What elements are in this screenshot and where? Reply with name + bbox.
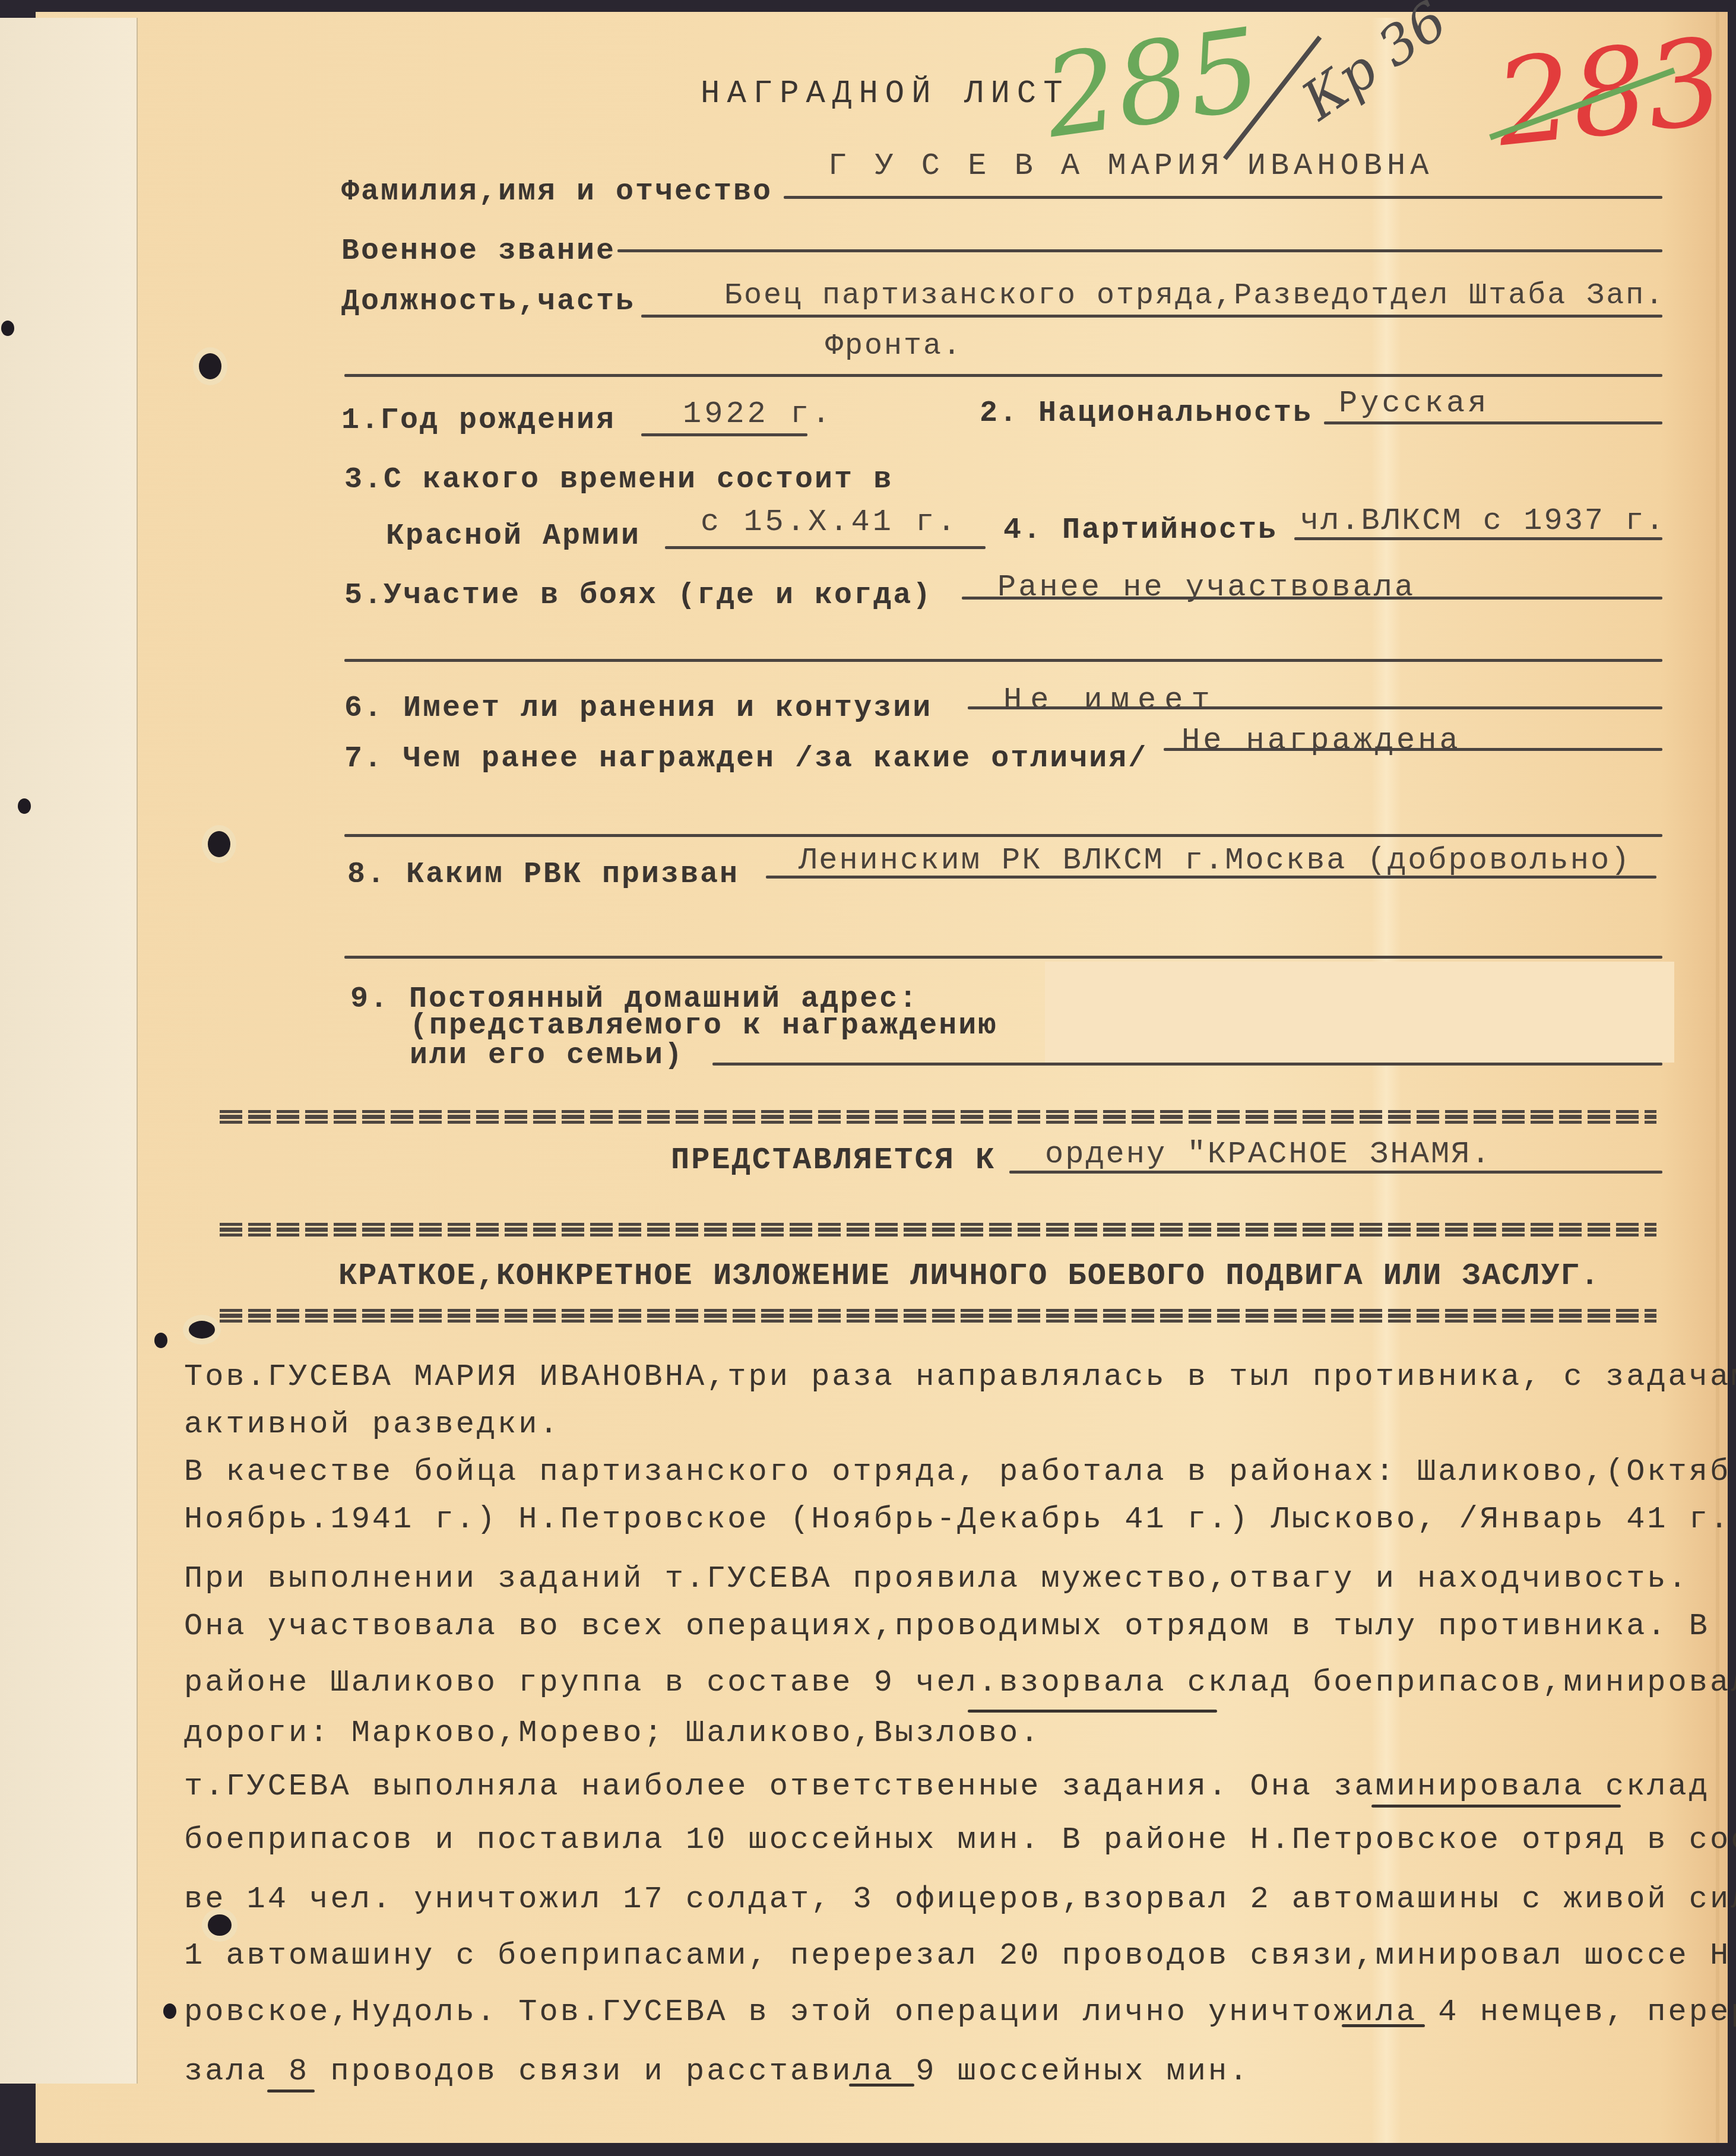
- dashed-separator: [220, 1315, 1656, 1318]
- field-label-army-since-1: 3.С какого времени состоит в: [344, 463, 893, 497]
- field-line: [344, 834, 1662, 837]
- punch-hole: [208, 1914, 232, 1936]
- field-value-awards: Не награждена: [1181, 723, 1461, 758]
- punch-hole: [189, 1321, 215, 1339]
- dashed-separator: [220, 1229, 1656, 1232]
- field-value-position-line1: Боец партизанского отряда,Разведотдел Шт…: [724, 279, 1665, 313]
- field-label-address-2: (представляемого к награждению: [410, 1009, 997, 1043]
- field-value-birth-year: 1922 г.: [683, 397, 833, 432]
- field-line: [1324, 421, 1662, 424]
- body-line: зала 8 проводов связи и расставила 9 шос…: [184, 2057, 1728, 2087]
- field-value-party: чл.ВЛКСМ с 1937 г.: [1300, 503, 1666, 538]
- body-line: При выполнении заданий т.ГУСЕВА проявила…: [184, 1564, 1728, 1594]
- nomination-value: ордену "КРАСНОЕ ЗНАМЯ.: [1045, 1137, 1492, 1172]
- field-label-address-3: или его семьи): [410, 1039, 684, 1073]
- field-label-nationality: 2. Национальность: [980, 397, 1313, 430]
- handwritten-underline: [1371, 1805, 1621, 1808]
- document-title: НАГРАДНОЙ ЛИСТ: [701, 76, 1070, 112]
- field-value-wounds: Не имеет: [1003, 683, 1218, 718]
- punch-hole: [154, 1333, 167, 1348]
- field-label-battles: 5.Участие в боях (где и когда): [344, 579, 932, 613]
- field-line: [784, 196, 1662, 199]
- field-value-battles: Ранее не участвовала: [997, 570, 1415, 605]
- field-label-party: 4. Партийность: [1003, 513, 1278, 547]
- field-value-nationality: Русская: [1339, 386, 1489, 421]
- body-line: боеприпасов и поставила 10 шоссейных мин…: [184, 1825, 1728, 1855]
- field-label-position: Должность,часть: [341, 285, 635, 319]
- punch-hole: [199, 353, 221, 379]
- body-line: ровское,Нудоль. Тов.ГУСЕВА в этой операц…: [184, 1998, 1728, 2027]
- field-label-wounds: 6. Имеет ли ранения и контузии: [344, 692, 932, 725]
- field-value-position-line2: Фронта.: [825, 329, 962, 363]
- body-line: Ноябрь.1941 г.) Н.Петровское (Ноябрь-Дек…: [184, 1505, 1728, 1534]
- field-line: [766, 876, 1656, 879]
- field-line: [641, 433, 807, 436]
- field-line: [344, 374, 1662, 377]
- body-line: Она участвовала во всех операциях,провод…: [184, 1612, 1728, 1641]
- field-label-name: Фамилия,имя и отчество: [341, 175, 772, 209]
- dashed-separator: [220, 1309, 1656, 1312]
- field-label-drafted: 8. Каким РВК призван: [347, 858, 739, 892]
- dashed-separator: [220, 1223, 1656, 1226]
- section-heading: КРАТКОЕ,КОНКРЕТНОЕ ИЗЛОЖЕНИЕ ЛИЧНОГО БОЕ…: [338, 1258, 1600, 1293]
- field-line: [344, 659, 1662, 662]
- field-line: [962, 597, 1662, 600]
- dashed-separator: [220, 1110, 1656, 1113]
- field-value-army-since: с 15.Х.41 г.: [701, 505, 958, 540]
- field-line: [1164, 748, 1662, 751]
- body-line: дороги: Марково,Морево; Шаликово,Вызлово…: [184, 1719, 1728, 1748]
- body-line: т.ГУСЕВА выполняла наиболее ответственны…: [184, 1772, 1728, 1802]
- field-line: [617, 249, 1662, 252]
- field-label-birth-year: 1.Год рождения: [341, 404, 616, 437]
- redacted-area: [1045, 962, 1674, 1063]
- body-line: В качестве бойца партизанского отряда, р…: [184, 1457, 1728, 1487]
- field-line: [665, 546, 986, 549]
- nomination-label: ПРЕДСТАВЛЯЕТСЯ К: [671, 1143, 996, 1178]
- handwritten-underline: [968, 1710, 1217, 1713]
- field-line: [968, 706, 1662, 709]
- handwritten-underline: [849, 2084, 914, 2087]
- punch-hole: [18, 798, 31, 814]
- field-label-rank: Военное звание: [341, 234, 616, 268]
- dashed-separator: [220, 1116, 1656, 1119]
- field-label-awards: 7. Чем ранее награжден /за какие отличия…: [344, 742, 1148, 776]
- punch-hole: [163, 2003, 176, 2019]
- body-line: районе Шаликово группа в составе 9 чел.в…: [184, 1668, 1728, 1698]
- field-line: [1294, 537, 1662, 540]
- body-line: ве 14 чел. уничтожил 17 солдат, 3 офицер…: [184, 1885, 1728, 1914]
- field-label-army-since-2: Красной Армии: [386, 519, 641, 553]
- punch-hole: [1, 321, 14, 336]
- field-line: [1009, 1171, 1662, 1174]
- body-line: Тов.ГУСЕВА МАРИЯ ИВАНОВНА,три раза напра…: [184, 1362, 1728, 1392]
- handwritten-underline: [1342, 2024, 1425, 2027]
- field-line: [344, 956, 1662, 959]
- handwritten-underline: [267, 2090, 315, 2092]
- body-line: 1 автомашину с боеприпасами, перерезал 2…: [184, 1941, 1728, 1971]
- binding-strip: [0, 18, 138, 2084]
- punch-hole: [208, 831, 230, 857]
- field-line: [641, 315, 1662, 318]
- body-line: активной разведки.: [184, 1410, 1728, 1440]
- field-line: [712, 1063, 1662, 1066]
- field-value-name: Г У С Е В А МАРИЯ ИВАНОВНА: [828, 148, 1433, 183]
- field-value-drafted: Ленинским РК ВЛКСМ г.Москва (добровольно…: [799, 843, 1631, 878]
